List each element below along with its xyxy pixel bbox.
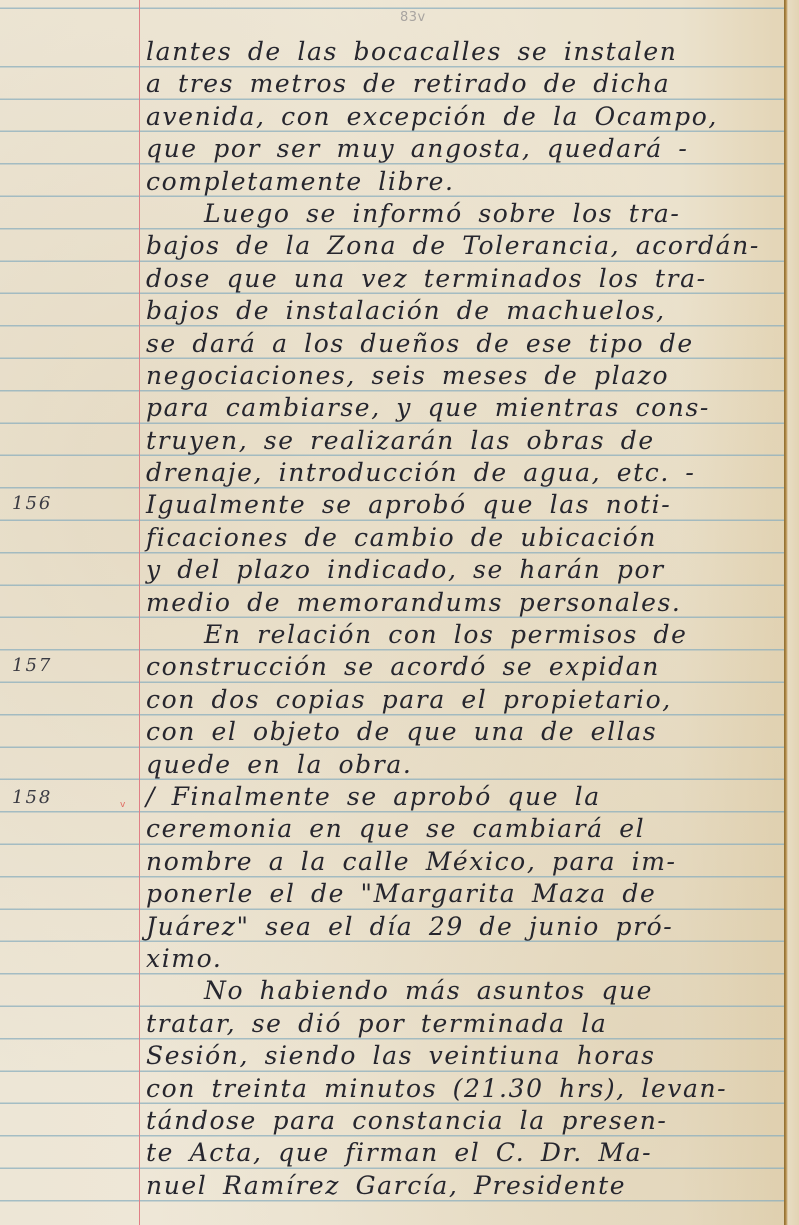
- text-line: ponerle el de "Margarita Maza de: [146, 878, 786, 910]
- text-line: nombre a la calle México, para im-: [146, 846, 786, 878]
- margin-number-158: 158: [12, 787, 52, 808]
- text-line: con el objeto de que una de ellas: [146, 716, 786, 748]
- margin-check-mark: v: [120, 800, 125, 810]
- handwritten-text: lantes de las bocacalles se instalen a t…: [146, 36, 786, 1202]
- text-line: con treinta minutos (21.30 hrs), levan-: [146, 1073, 786, 1105]
- text-line-paragraph-start: No habiendo más asuntos que: [146, 975, 786, 1007]
- text-line: completamente libre.: [146, 166, 786, 198]
- text-line: se dará a los dueños de ese tipo de: [146, 328, 786, 360]
- text-line: ficaciones de cambio de ubicación: [146, 522, 786, 554]
- text-line: Sesión, siendo las veintiuna horas: [146, 1040, 786, 1072]
- red-margin-line: [139, 0, 140, 1225]
- text-line: bajos de la Zona de Tolerancia, acordán-: [146, 230, 786, 262]
- text-line: nuel Ramírez García, Presidente: [146, 1170, 786, 1202]
- text-line: Juárez" sea el día 29 de junio pró-: [146, 911, 786, 943]
- text-line: dose que una vez terminados los tra-: [146, 263, 786, 295]
- text-line: ximo.: [146, 943, 786, 975]
- text-line: tratar, se dió por terminada la: [146, 1008, 786, 1040]
- text-line: avenida, con excepción de la Ocampo,: [146, 101, 786, 133]
- text-line: tándose para constancia la presen-: [146, 1105, 786, 1137]
- text-line: te Acta, que firman el C. Dr. Ma-: [146, 1137, 786, 1169]
- margin-number-157: 157: [12, 655, 52, 676]
- page-edge: [784, 0, 799, 1225]
- text-line: quede en la obra.: [146, 749, 786, 781]
- text-line: para cambiarse, y que mientras cons-: [146, 392, 786, 424]
- text-line: drenaje, introducción de agua, etc. -: [146, 457, 786, 489]
- text-line: Igualmente se aprobó que las noti-: [146, 489, 786, 521]
- text-line: / Finalmente se aprobó que la: [146, 781, 786, 813]
- text-line: truyen, se realizarán las obras de: [146, 425, 786, 457]
- text-line: a tres metros de retirado de dicha: [146, 68, 786, 100]
- text-line-paragraph-start: En relación con los permisos de: [146, 619, 786, 651]
- folio-number: 83v: [400, 10, 426, 25]
- notebook-page: 83v 156 157 158 v lantes de las bocacall…: [0, 0, 799, 1225]
- text-line: lantes de las bocacalles se instalen: [146, 36, 786, 68]
- text-line: construcción se acordó se expidan: [146, 651, 786, 683]
- text-line: y del plazo indicado, se harán por: [146, 554, 786, 586]
- text-line: negociaciones, seis meses de plazo: [146, 360, 786, 392]
- text-line: bajos de instalación de machuelos,: [146, 295, 786, 327]
- text-line: con dos copias para el propietario,: [146, 684, 786, 716]
- margin-number-156: 156: [12, 493, 52, 514]
- text-line: ceremonia en que se cambiará el: [146, 813, 786, 845]
- text-line-paragraph-start: Luego se informó sobre los tra-: [146, 198, 786, 230]
- text-line: medio de memorandums personales.: [146, 587, 786, 619]
- text-line: que por ser muy angosta, quedará -: [146, 133, 786, 165]
